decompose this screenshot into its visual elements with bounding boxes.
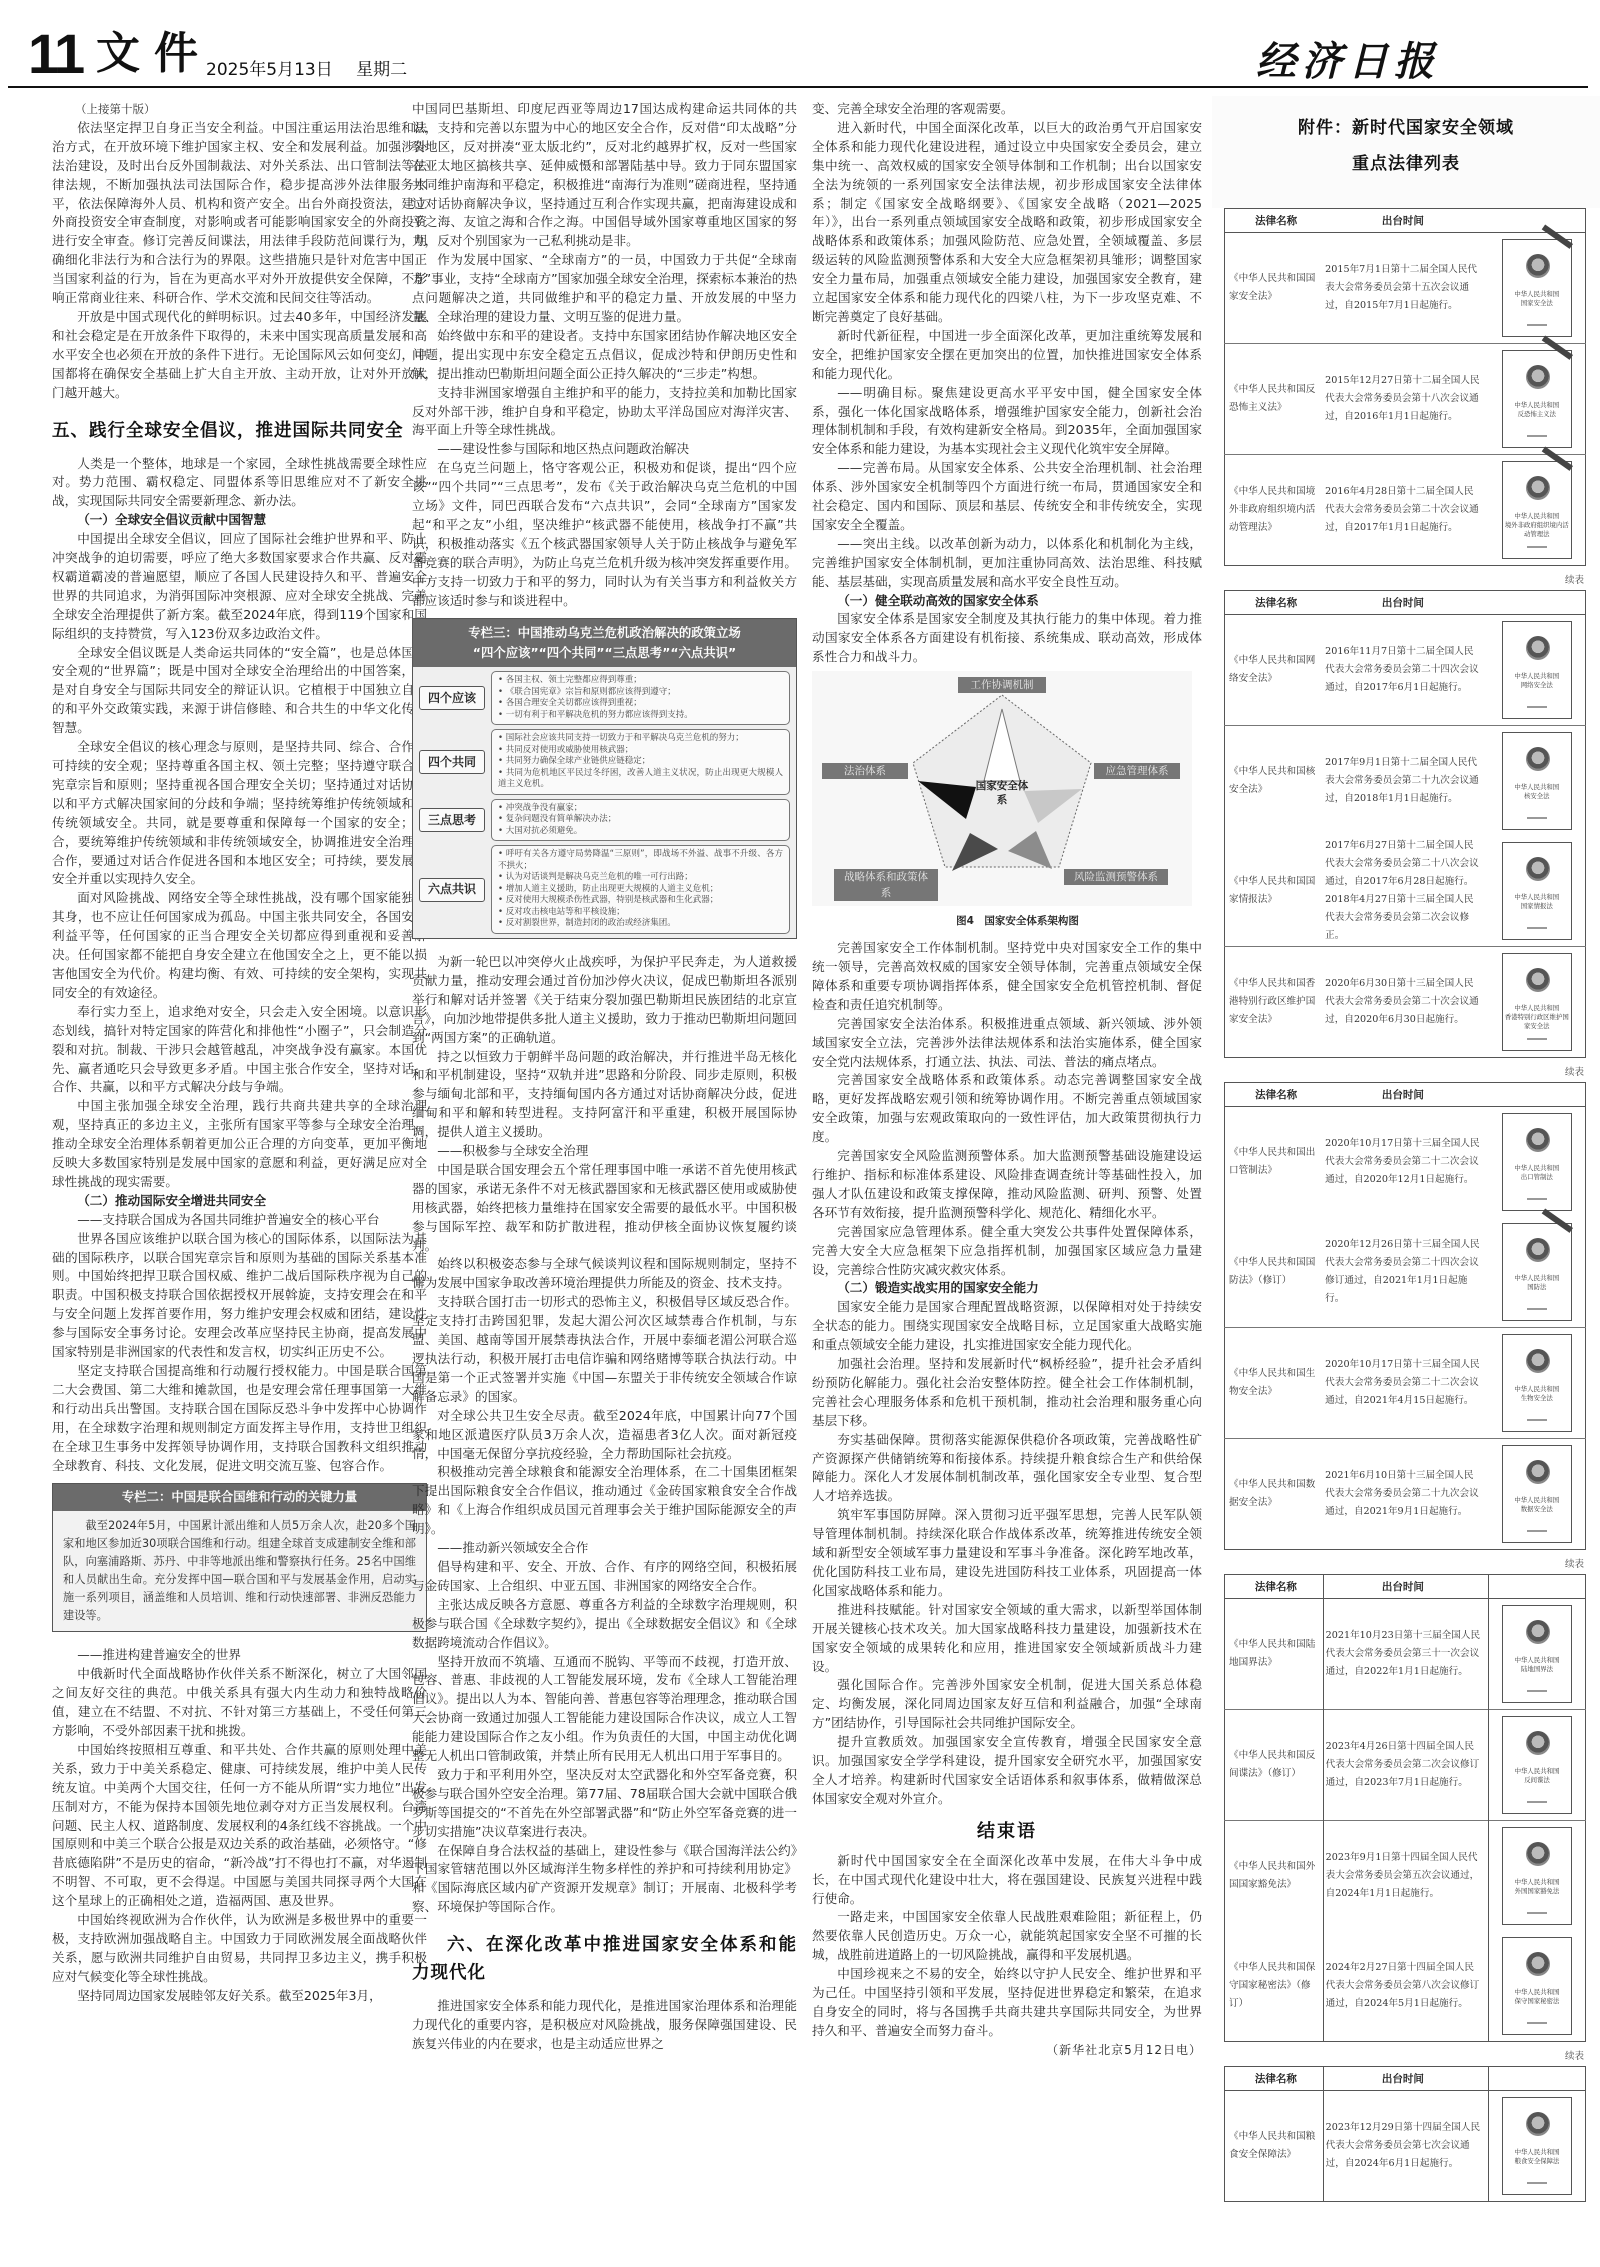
bullet-item: • 呼吁有关各方遵守局势降温“三原则”，即战场不外溢、战事不升级、各方不拱火； [498, 849, 783, 872]
national-emblem-icon [1526, 1460, 1550, 1484]
header-issue-date: 出台时间 [1323, 591, 1488, 615]
appendix-title-line-2: 重点法律列表 [1212, 146, 1600, 182]
publisher-mark [1527, 546, 1547, 548]
paragraph: 中国提出全球安全倡议，回应了国际社会维护世界和平、防止冲突战争的迫切需要，呼应了… [52, 530, 427, 643]
national-emblem-icon [1526, 747, 1550, 771]
table-row: 《中华人民共和国核安全法》2017年9月1日第十二届全国人民代表大会常务委员会第… [1225, 726, 1586, 837]
publisher-mark [1527, 435, 1547, 437]
paragraph: 世界各国应该维护以联合国为核心的国际体系，以国际法为基础的国际秩序，以联合国宪章… [52, 1230, 427, 1362]
subsection-heading: （一）健全联动高效的国家安全体系 [812, 592, 1202, 611]
law-name: 《中华人民共和国核安全法》 [1225, 726, 1324, 837]
table-header-row: 法律名称出台时间 [1225, 2067, 1586, 2091]
position-items: • 各国主权、领土完整都应得到尊重； • 《联合国宪章》宗旨和原则都应该得到遵守… [491, 671, 790, 725]
figure-caption: 图4 国家安全体系架构图 [812, 912, 1202, 931]
subsection-heading: （二）锻造实战实用的国家安全能力 [812, 1279, 1202, 1298]
book-cover-image: 中华人民共和国 网络安全法 [1502, 621, 1572, 719]
paragraph: 坚持开放而不筑墙、互通而不脱钩、平等而不歧视，打造开放、包容、普惠、非歧视的人工… [412, 1653, 797, 1766]
law-cover-cell: 中华人民共和国 反间谍法 [1489, 1710, 1586, 1821]
paragraph: 中国始终按照相互尊重、和平共处、合作共赢的原则处理中美关系，致力于中美关系稳定、… [52, 1741, 427, 1911]
node-rule-of-law-system: 法治体系 [822, 763, 908, 779]
appendix-title: 附件：新时代国家安全领域 重点法律列表 [1212, 96, 1600, 208]
paragraph: 为新一轮巴以冲突停火止战疾呼，为保护平民奔走，为人道救援贡献力量，推动安理会通过… [412, 953, 797, 1048]
law-name: 《中华人民共和国反恐怖主义法》 [1225, 344, 1324, 455]
law-name: 《中华人民共和国香港特别行政区维护国家安全法》 [1225, 947, 1324, 1058]
paragraph: ——完善布局。从国家安全体系、公共安全治理机制、社会治理体系、涉外国家安全机制等… [812, 459, 1202, 535]
law-adoption-info: 2020年12月26日第十三届全国人民代表大会常务委员会第二十四次会议修订通过，… [1323, 1217, 1488, 1328]
paragraph: 完善国家安全法治体系。积极推进重点领域、新兴领域、涉外领域国家安全立法，完善涉外… [812, 1015, 1202, 1072]
bullet-item: • 共同努力确保全球产业链供应链稳定； [498, 756, 783, 768]
table-row: 《中华人民共和国数据安全法》2021年6月10日第十三届全国人民代表大会常务委员… [1225, 1439, 1586, 1550]
sidebar-box-2: 专栏二：中国是联合国维和行动的关键力量 截至2024年5月，中国累计派出维和人员… [52, 1483, 427, 1632]
law-cover-cell: 中华人民共和国 国家情报法 [1489, 836, 1586, 947]
paragraph: 中国同巴基斯坦、印度尼西亚等周边17国达成构建命运共同体的共识，支持和完善以东盟… [412, 100, 797, 251]
book-cover-title: 中华人民共和国 境外非政府组织境内活动管理法 [1505, 512, 1569, 539]
book-cover-image: 中华人民共和国 外国国家豁免法 [1502, 1827, 1572, 1925]
paragraph: ——明确目标。聚焦建设更高水平平安中国，健全国家安全体系，强化一体化国家战略体系… [812, 384, 1202, 460]
national-emblem-icon [1526, 1731, 1550, 1755]
law-cover-cell: 中华人民共和国 保守国家秘密法 [1489, 1931, 1586, 2042]
national-emblem-icon [1526, 365, 1550, 389]
table-row: 《中华人民共和国反间谍法》（修订）2023年4月26日第十四届全国人民代表大会常… [1225, 1710, 1586, 1821]
law-name: 《中华人民共和国网络安全法》 [1225, 615, 1324, 726]
paragraph: 完善国家安全战略体系和政策体系。动态完善调整国家安全战略，更好发挥战略宏观引领和… [812, 1071, 1202, 1147]
law-cover-cell: 中华人民共和国 国防法 [1489, 1217, 1586, 1328]
law-adoption-info: 2016年4月28日第十二届全国人民代表大会常务委员会第二十次会议通过，自201… [1323, 455, 1488, 566]
node-emergency-management-system: 应急管理体系 [1094, 763, 1180, 779]
paragraph: 开放是中国式现代化的鲜明标识。过去40多年，中国经济发展和社会稳定是在开放条件下… [52, 308, 427, 403]
book-cover-image: 中华人民共和国 国家安全法 [1502, 239, 1572, 337]
paragraph: 面对风险挑战、网络安全等全球性挑战，没有哪个国家能独善其身，也不应让任何国家成为… [52, 889, 427, 1002]
sidebar-box-3: 专栏三：中国推动乌克兰危机政治解决的政策立场 “四个应该”“四个共同”“三点思考… [412, 618, 797, 939]
paragraph: 主张达成反映各方意愿、尊重各方利益的全球数字治理规则，积极参与联合国《全球数字契… [412, 1596, 797, 1653]
book-cover-title: 中华人民共和国 国家安全法 [1505, 290, 1569, 308]
book-cover-title: 中华人民共和国 保守国家秘密法 [1505, 1988, 1569, 2006]
paragraph: 变、完善全球安全治理的客观需要。 [812, 100, 1202, 119]
book-cover-image: 中华人民共和国 国家情报法 [1502, 842, 1572, 940]
law-name: 《中华人民共和国数据安全法》 [1225, 1439, 1324, 1550]
law-name: 《中华人民共和国出口管制法》 [1225, 1107, 1324, 1218]
table-header-row: 法律名称出台时间 [1225, 1083, 1586, 1107]
book-cover-title: 中华人民共和国 核安全法 [1505, 783, 1569, 801]
law-table: 法律名称出台时间《中华人民共和国网络安全法》2016年11月7日第十二届全国人民… [1224, 590, 1586, 1058]
national-emblem-icon [1526, 2112, 1550, 2136]
paragraph: 提升宣教质效。加强国家安全宣传教育，增强全民国家安全意识。加强国家安全学学科建设… [812, 1733, 1202, 1809]
header-issue-date: 出台时间 [1323, 1083, 1488, 1107]
book-cover-image: 中华人民共和国 数据安全法 [1502, 1445, 1572, 1543]
position-row-four-shoulds: 四个应该 • 各国主权、领土完整都应得到尊重； • 《联合国宪章》宗旨和原则都应… [419, 671, 790, 725]
national-emblem-icon [1526, 476, 1550, 500]
law-cover-cell: 中华人民共和国 生物安全法 [1489, 1328, 1586, 1439]
paragraph: 在保障自身合法权益的基础上，建设性参与《联合国海洋法公约》下国家管辖范围以外区域… [412, 1842, 797, 1918]
header-cover-image [1489, 1083, 1586, 1107]
publisher-mark [1527, 1198, 1547, 1200]
paragraph: 加强社会治理。坚持和发展新时代“枫桥经验”，提升社会矛盾纠纷预防化解能力。强化社… [812, 1355, 1202, 1431]
publisher-mark [1527, 1690, 1547, 1692]
weekday: 星期二 [356, 60, 407, 80]
law-name: 《中华人民共和国外国国家豁免法》 [1225, 1821, 1324, 1932]
publisher-mark [1527, 1038, 1547, 1040]
paragraph: 始终以积极姿态参与全球气候谈判议程和国际规则制定，坚持不懈为发展中国家争取改善环… [412, 1255, 797, 1293]
paragraph: 国家安全体系是国家安全制度及其执行能力的集中体现。着力推动国家安全体系各方面建设… [812, 610, 1202, 667]
header-issue-date: 出台时间 [1323, 2067, 1488, 2091]
law-cover-cell: 中华人民共和国 外国国家豁免法 [1489, 1821, 1586, 1932]
header-issue-date: 出台时间 [1323, 1575, 1488, 1599]
law-adoption-info: 2020年10月17日第十三届全国人民代表大会常务委员会第二十二次会议通过，自2… [1323, 1107, 1488, 1218]
book-cover-image: 中华人民共和国 生物安全法 [1502, 1334, 1572, 1432]
appendix-title-line-1: 附件：新时代国家安全领域 [1212, 110, 1600, 146]
paragraph: 中国是联合国安理会五个常任理事国中唯一承诺不首先使用核武器的国家，承诺无条件不对… [412, 1161, 797, 1256]
law-cover-cell: 中华人民共和国 境外非政府组织境内活动管理法 [1489, 455, 1586, 566]
bullet-item: • 共同为危机地区平民过冬纾困，改善人道主义状况，防止出现更大规模人道主义危机。 [498, 768, 783, 791]
publisher-mark [1527, 706, 1547, 708]
law-cover-cell: 中华人民共和国 国家安全法 [1489, 233, 1586, 344]
date: 2025年5月13日 [206, 60, 333, 80]
paragraph: 依法坚定捍卫自身正当安全利益。中国注重运用法治思维和法治方式，在开放环境下维护国… [52, 119, 427, 308]
dash-heading: ——建设性参与国际和地区热点问题政治解决 [412, 440, 797, 459]
law-cover-cell: 中华人民共和国 核安全法 [1489, 726, 1586, 837]
paragraph: 进入新时代，中国全面深化改革，以巨大的政治勇气开启国家安全体系和能力现代化建设进… [812, 119, 1202, 327]
national-emblem-icon [1526, 1128, 1550, 1152]
issue-date: 2025年5月13日 星期二 [206, 55, 425, 80]
dash-heading: ——支持联合国成为各国共同维护普遍安全的核心平台 [52, 1211, 427, 1230]
position-label: 四个应该 [419, 686, 485, 710]
table-row: 《中华人民共和国粮食安全保障法》2023年12月29日第十四届全国人民代表大会常… [1225, 2091, 1586, 2202]
book-cover-title: 中华人民共和国 国家情报法 [1505, 893, 1569, 911]
law-cover-cell: 中华人民共和国 网络安全法 [1489, 615, 1586, 726]
table-header-row: 法律名称出台时间 [1225, 209, 1586, 233]
column-1: （上接第十版） 依法坚定捍卫自身正当安全利益。中国注重运用法治思维和法治方式，在… [52, 100, 427, 2006]
bullet-item: • 认为对话谈判是解决乌克兰危机的唯一可行出路； [498, 872, 783, 884]
header-law-name: 法律名称 [1225, 1575, 1324, 1599]
header-law-name: 法律名称 [1225, 2067, 1324, 2091]
table-row: 《中华人民共和国外国国家豁免法》2023年9月1日第十四届全国人民代表大会常务委… [1225, 1821, 1586, 1932]
paragraph: 中俄新时代全面战略协作伙伴关系不断深化，树立了大国邻国之间友好交往的典范。中俄关… [52, 1665, 427, 1741]
national-emblem-icon [1526, 1842, 1550, 1866]
publisher-mark [1527, 1419, 1547, 1421]
paragraph: 全球安全倡议的核心理念与原则，是坚持共同、综合、合作、可持续的安全观；坚持尊重各… [52, 738, 427, 889]
header-cover-image [1489, 591, 1586, 615]
law-cover-cell: 中华人民共和国 数据安全法 [1489, 1439, 1586, 1550]
paragraph: 积极推动完善全球粮食和能源安全治理体系，在二十国集团框架下提出国际粮食安全合作倡… [412, 1463, 797, 1539]
bullet-item: • 反对割裂世界，制造封闭的政治或经济集团。 [498, 918, 783, 930]
masthead: 11 文件 2025年5月13日 星期二 经济日报 [0, 0, 1600, 88]
law-adoption-info: 2021年6月10日第十三届全国人民代表大会常务委员会第二十九次会议通过，自20… [1323, 1439, 1488, 1550]
paragraph: 对全球公共卫生安全尽责。截至2024年底，中国累计向77个国家和地区派遣医疗队员… [412, 1407, 797, 1464]
continued-table-label: 续表 [1212, 1058, 1600, 1082]
paragraph: 支持联合国打击一切形式的恐怖主义，积极倡导区域反恐合作。坚定支持打击跨国犯罪，发… [412, 1293, 797, 1406]
subsection-heading: （一）全球安全倡议贡献中国智慧 [52, 511, 427, 530]
publisher-mark [1527, 1308, 1547, 1310]
law-name: 《中华人民共和国粮食安全保障法》 [1225, 2091, 1324, 2202]
subsection-heading: （二）推动国际安全增进共同安全 [52, 1192, 427, 1211]
paragraph: 中国主张加强全球安全治理，践行共商共建共享的全球治理观，坚持真正的多边主义，主张… [52, 1097, 427, 1192]
book-cover-title: 中华人民共和国 生物安全法 [1505, 1385, 1569, 1403]
position-items: • 呼吁有关各方遵守局势降温“三原则”，即战场不外溢、战事不升级、各方不拱火； … [491, 845, 790, 934]
law-adoption-info: 2023年12月29日第十四届全国人民代表大会常务委员会第七次会议通过，自202… [1323, 2091, 1488, 2202]
law-table: 法律名称出台时间《中华人民共和国出口管制法》2020年10月17日第十三届全国人… [1224, 1082, 1586, 1550]
law-adoption-info: 2016年11月7日第十二届全国人民代表大会常务委员会第二十四次会议通过，自20… [1323, 615, 1488, 726]
national-emblem-icon [1526, 636, 1550, 660]
paragraph: 在乌克兰问题上，恪守客观公正，积极劝和促谈，提出“四个应该”“四个共同”“三点思… [412, 459, 797, 610]
sidebar-box-body: 截至2024年5月，中国累计派出维和人员5万余人次，赴20多个国家和地区参加近3… [53, 1511, 426, 1631]
position-label: 三点思考 [419, 808, 485, 832]
paragraph: 全球安全倡议既是人类命运共同体的“安全篇”，也是总体国家安全观的“世界篇”；既是… [52, 644, 427, 739]
book-cover-image: 中华人民共和国 出口管制法 [1502, 1113, 1572, 1211]
bullet-item: • 各国主权、领土完整都应得到尊重； [498, 675, 783, 687]
table-row: 《中华人民共和国国家情报法》2017年6月27日第十二届全国人民代表大会常务委员… [1225, 836, 1586, 947]
paragraph: 中国始终视欧洲为合作伙伴，认为欧洲是多极世界中的重要一极，支持欧洲加强战略自主。… [52, 1911, 427, 1987]
paragraph: 推进国家安全体系和能力现代化，是推进国家治理体系和治理能力现代化的重要内容，是积… [412, 1997, 797, 2054]
sidebar-box-title: 专栏三：中国推动乌克兰危机政治解决的政策立场 “四个应该”“四个共同”“三点思考… [413, 619, 796, 667]
law-adoption-info: 2015年7月1日第十二届全国人民代表大会常务委员会第十五次会议通过，自2015… [1323, 233, 1488, 344]
table-row: 《中华人民共和国出口管制法》2020年10月17日第十三届全国人民代表大会常务委… [1225, 1107, 1586, 1218]
law-adoption-info: 2021年10月23日第十三届全国人民代表大会常务委员会第三十一次会议通过，自2… [1323, 1599, 1488, 1710]
paragraph: 始终做中东和平的建设者。支持中东国家团结协作解决地区安全问题，提出实现中东安全稳… [412, 327, 797, 384]
paragraph: 坚定支持联合国提高维和行动履行授权能力。中国是联合国第二大会费国、第二大维和摊款… [52, 1362, 427, 1475]
law-cover-cell: 中华人民共和国 出口管制法 [1489, 1107, 1586, 1218]
page-number: 11 [28, 26, 83, 82]
dash-heading: ——推动新兴领域安全合作 [412, 1539, 797, 1558]
law-cover-cell: 中华人民共和国 陆地国界法 [1489, 1599, 1586, 1710]
paragraph: 一路走来，中国国家安全依靠人民战胜艰难险阻；新征程上，仍然要依靠人民创造历史。万… [812, 1908, 1202, 1965]
law-table: 法律名称出台时间《中华人民共和国陆地国界法》2021年10月23日第十三届全国人… [1224, 1574, 1586, 2042]
book-cover-title: 中华人民共和国 反恐怖主义法 [1505, 401, 1569, 419]
book-cover-image: 中华人民共和国 粮食安全保障法 [1502, 2097, 1572, 2195]
table-row: 《中华人民共和国生物安全法》2020年10月17日第十三届全国人民代表大会常务委… [1225, 1328, 1586, 1439]
paragraph: 倡导构建和平、安全、开放、合作、有序的网络空间，积极拓展与金砖国家、上合组织、中… [412, 1558, 797, 1596]
book-cover-title: 中华人民共和国 粮食安全保障法 [1505, 2148, 1569, 2166]
national-emblem-icon [1526, 1952, 1550, 1976]
section-heading: 五、践行全球安全倡议，推进国际共同安全 [52, 417, 427, 445]
publisher-mark [1527, 324, 1547, 326]
book-cover-title: 中华人民共和国 外国国家豁免法 [1505, 1878, 1569, 1896]
law-adoption-info: 2020年6月30日第十三届全国人民代表大会常务委员会第二十次会议通过，自202… [1323, 947, 1488, 1058]
bullet-item: • 复杂问题没有简单解决办法； [498, 814, 783, 826]
dash-heading: ——推进构建普遍安全的世界 [52, 1646, 427, 1665]
law-cover-cell: 中华人民共和国 反恐怖主义法 [1489, 344, 1586, 455]
bullet-item: • 反对使用大规模杀伤性武器，特别是核武器和生化武器； [498, 895, 783, 907]
national-emblem-icon [1526, 254, 1550, 278]
paragraph: 中国珍视来之不易的安全，始终以守护人民安全、维护世界和平为己任。中国坚持引领和平… [812, 1965, 1202, 2041]
table-row: 《中华人民共和国反恐怖主义法》2015年12月27日第十二届全国人民代表大会常务… [1225, 344, 1586, 455]
law-table: 法律名称出台时间《中华人民共和国国家安全法》2015年7月1日第十二届全国人民代… [1224, 208, 1586, 566]
paragraph: 筑牢军事国防屏障。深入贯彻习近平强军思想，完善人民军队领导管理体制机制。持续深化… [812, 1506, 1202, 1601]
masthead-rule [8, 86, 1588, 88]
publisher-mark [1527, 2022, 1547, 2024]
publisher-mark [1527, 1801, 1547, 1803]
publisher-mark [1527, 927, 1547, 929]
position-label: 六点共识 [419, 878, 485, 902]
law-name: 《中华人民共和国反间谍法》（修订） [1225, 1710, 1324, 1821]
book-cover-title: 中华人民共和国 香港特别行政区维护国家安全法 [1505, 1004, 1569, 1031]
position-row-six-consensus: 六点共识 • 呼吁有关各方遵守局势降温“三原则”，即战场不外溢、战事不升级、各方… [419, 845, 790, 934]
continued-table-label: 续表 [1212, 566, 1600, 590]
position-label: 四个共同 [419, 750, 485, 774]
publisher-mark [1527, 2182, 1547, 2184]
bullet-item: • 一切有利于和平解决危机的努力都应该得到支持。 [498, 710, 783, 722]
title-line-1: 专栏三：中国推动乌克兰危机政治解决的政策立场 [413, 623, 796, 643]
book-cover-title: 中华人民共和国 国防法 [1505, 1274, 1569, 1292]
bullet-item: • 各国合理安全关切都应该得到重视； [498, 698, 783, 710]
bullet-item: • 《联合国宪章》宗旨和原则都应该得到遵守； [498, 687, 783, 699]
publisher-mark [1527, 1912, 1547, 1914]
law-adoption-info: 2015年12月27日第十二届全国人民代表大会常务委员会第十八次会议通过，自20… [1323, 344, 1488, 455]
header-cover-image [1489, 1575, 1586, 1599]
national-emblem-icon [1526, 1238, 1550, 1262]
law-name: 《中华人民共和国国家安全法》 [1225, 233, 1324, 344]
paragraph: 完善国家应急管理体系。健全重大突发公共事件处置保障体系，完善大安全大应急框架下应… [812, 1223, 1202, 1280]
paragraph: 作为发展中国家、“全球南方”的一员，中国致力于共促“全球南方”事业，支持“全球南… [412, 251, 797, 327]
table-row: 《中华人民共和国境外非政府组织境内活动管理法》2016年4月28日第十二届全国人… [1225, 455, 1586, 566]
national-emblem-icon [1526, 1349, 1550, 1373]
law-cover-cell: 中华人民共和国 粮食安全保障法 [1489, 2091, 1586, 2202]
node-strategy-policy-system: 战略体系和政策体系 [834, 869, 938, 901]
law-adoption-info: 2023年4月26日第十四届全国人民代表大会常务委员会第二次会议修订通过，自20… [1323, 1710, 1488, 1821]
table-row: 《中华人民共和国国家安全法》2015年7月1日第十二届全国人民代表大会常务委员会… [1225, 233, 1586, 344]
continued-table-label: 续表 [1212, 1550, 1600, 1574]
book-cover-title: 中华人民共和国 反间谍法 [1505, 1767, 1569, 1785]
paragraph: 坚持同周边国家发展睦邻友好关系。截至2025年3月， [52, 1987, 427, 2006]
bullet-item: • 反对攻击核电站等和平核设施； [498, 907, 783, 919]
table-row: 《中华人民共和国网络安全法》2016年11月7日第十二届全国人民代表大会常务委员… [1225, 615, 1586, 726]
book-cover-title: 中华人民共和国 出口管制法 [1505, 1164, 1569, 1182]
node-risk-monitoring-system: 风险监测预警体系 [1064, 869, 1168, 885]
news-agency-dateline: （新华社北京5月12日电） [812, 2041, 1202, 2060]
law-adoption-info: 2020年10月17日第十三届全国人民代表大会常务委员会第二十二次会议通过，自2… [1323, 1328, 1488, 1439]
bullet-item: • 共同反对使用或威胁使用核武器； [498, 745, 783, 757]
sidebar-box-title: 专栏二：中国是联合国维和行动的关键力量 [53, 1484, 426, 1511]
book-cover-image: 中华人民共和国 反间谍法 [1502, 1716, 1572, 1814]
law-name: 《中华人民共和国陆地国界法》 [1225, 1599, 1324, 1710]
position-row-three-thoughts: 三点思考 • 冲突战争没有赢家； • 复杂问题没有简单解决办法； • 大国对抗必… [419, 799, 790, 842]
position-items: • 冲突战争没有赢家； • 复杂问题没有简单解决办法； • 大国对抗必须避免。 [491, 799, 790, 842]
book-cover-title: 中华人民共和国 网络安全法 [1505, 672, 1569, 690]
paragraph: 新时代中国国家安全在全面深化改革中发展，在伟大斗争中成长，在中国式现代化建设中壮… [812, 1852, 1202, 1909]
title-line-2: “四个应该”“四个共同”“三点思考”“六点共识” [413, 643, 796, 663]
book-cover-title: 中华人民共和国 数据安全法 [1505, 1496, 1569, 1514]
header-cover-image [1489, 2067, 1586, 2091]
law-cover-cell: 中华人民共和国 香港特别行政区维护国家安全法 [1489, 947, 1586, 1058]
bullet-item: • 冲突战争没有赢家； [498, 803, 783, 815]
column-3: 变、完善全球安全治理的客观需要。 进入新时代，中国全面深化改革，以巨大的政治勇气… [812, 100, 1202, 2060]
table-row: 《中华人民共和国国防法》（修订）2020年12月26日第十三届全国人民代表大会常… [1225, 1217, 1586, 1328]
law-adoption-info: 2024年2月27日第十四届全国人民代表大会常务委员会第八次会议修订通过，自20… [1323, 1931, 1488, 2042]
law-adoption-info: 2017年9月1日第十二届全国人民代表大会常务委员会第二十九次会议通过，自201… [1323, 726, 1488, 837]
book-cover-image: 中华人民共和国 国防法 [1502, 1223, 1572, 1321]
paragraph: 支持非洲国家增强自主维护和平的能力，支持拉美和加勒比国家反对外部干涉，维护自身和… [412, 384, 797, 441]
paragraph: 人类是一个整体，地球是一个家园，全球性挑战需要全球性应对。势力范围、霸权稳定、同… [52, 455, 427, 512]
law-adoption-info: 2023年9月1日第十四届全国人民代表大会常务委员会第五次会议通过，自2024年… [1323, 1821, 1488, 1932]
law-name: 《中华人民共和国国家情报法》 [1225, 836, 1324, 947]
paragraph: 国家安全能力是国家合理配置战略资源，以保障相对处于持续安全状态的能力。围绕实现国… [812, 1298, 1202, 1355]
continued-from-label: （上接第十版） [52, 100, 427, 119]
publisher-mark [1527, 1530, 1547, 1532]
book-cover-image: 中华人民共和国 核安全法 [1502, 732, 1572, 830]
paragraph: 推进科技赋能。针对国家安全领域的重大需求，以新型举国体制开展关键核心技术攻关。加… [812, 1601, 1202, 1677]
figure-national-security-system-diagram: 工作协调机制 法治体系 应急管理体系 战略体系和政策体系 风险监测预警体系 国家… [812, 671, 1192, 906]
paragraph: 奉行实力至上，追求绝对安全，只会走入安全困境。以意识形态划线，搞针对特定国家的阵… [52, 1003, 427, 1098]
section-name: 文件 [96, 28, 212, 80]
paragraph: 完善国家安全风险监测预警体系。加大监测预警基础设施建设运行维护、指标和标准体系建… [812, 1147, 1202, 1223]
book-cover-image: 中华人民共和国 境外非政府组织境内活动管理法 [1502, 461, 1572, 559]
paragraph: 强化国际合作。完善涉外国家安全机制，促进大国关系总体稳定、均衡发展，深化同周边国… [812, 1676, 1202, 1733]
national-emblem-icon [1526, 1620, 1550, 1644]
law-tables-container: 法律名称出台时间《中华人民共和国国家安全法》2015年7月1日第十二届全国人民代… [1212, 208, 1600, 2202]
paragraph: 致力于和平利用外空，坚决反对太空武器化和外空军备竞赛，积极参与联合国外空安全治理… [412, 1766, 797, 1842]
header-law-name: 法律名称 [1225, 1083, 1324, 1107]
newspaper-logo: 经济日报 [1256, 30, 1440, 87]
paragraph: 新时代新征程，中国进一步全面深化改革，更加注重统筹发展和安全，把维护国家安全摆在… [812, 327, 1202, 384]
section-heading: 六、在深化改革中推进国家安全体系和能力现代化 [412, 1931, 797, 1987]
bullet-item: • 增加人道主义援助，防止出现更大规模的人道主义危机； [498, 884, 783, 896]
book-cover-image: 中华人民共和国 香港特别行政区维护国家安全法 [1502, 953, 1572, 1051]
law-name: 《中华人民共和国生物安全法》 [1225, 1328, 1324, 1439]
book-cover-title: 中华人民共和国 陆地国界法 [1505, 1656, 1569, 1674]
dash-heading: ——积极参与全球安全治理 [412, 1142, 797, 1161]
paragraph: ——突出主线。以改革创新为动力，以体系化和机制化为主线，完善维护国家安全体制机制… [812, 535, 1202, 592]
header-cover-image [1489, 209, 1586, 233]
header-issue-date: 出台时间 [1323, 209, 1488, 233]
law-name: 《中华人民共和国保守国家秘密法》（修订） [1225, 1931, 1324, 2042]
node-coordination-mechanism: 工作协调机制 [958, 677, 1046, 693]
paragraph: 完善国家安全工作体制机制。坚持党中央对国家安全工作的集中统一领导，完善高效权威的… [812, 939, 1202, 1015]
bullet-item: • 国际社会应该共同支持一切致力于和平解决乌克兰危机的努力； [498, 733, 783, 745]
law-name: 《中华人民共和国国防法》（修订） [1225, 1217, 1324, 1328]
law-name: 《中华人民共和国境外非政府组织境内活动管理法》 [1225, 455, 1324, 566]
table-row: 《中华人民共和国陆地国界法》2021年10月23日第十三届全国人民代表大会常务委… [1225, 1599, 1586, 1710]
national-emblem-icon [1526, 968, 1550, 992]
national-emblem-icon [1526, 857, 1550, 881]
bullet-item: • 大国对抗必须避免。 [498, 826, 783, 838]
publisher-mark [1527, 817, 1547, 819]
header-law-name: 法律名称 [1225, 209, 1324, 233]
book-cover-image: 中华人民共和国 保守国家秘密法 [1502, 1937, 1572, 2035]
header-law-name: 法律名称 [1225, 591, 1324, 615]
column-2: 中国同巴基斯坦、印度尼西亚等周边17国达成构建命运共同体的共识，支持和完善以东盟… [412, 100, 797, 2054]
paragraph: 持之以恒致力于朝鲜半岛问题的政治解决，并行推进半岛无核化和和平机制建设，坚持“双… [412, 1048, 797, 1143]
continued-table-label: 续表 [1212, 2042, 1600, 2066]
position-items: • 国际社会应该共同支持一切致力于和平解决乌克兰危机的努力； • 共同反对使用或… [491, 729, 790, 795]
table-header-row: 法律名称出台时间 [1225, 591, 1586, 615]
paragraph: 夯实基础保障。贯彻落实能源保供稳价各项政策，完善战略性矿产资源探产供储销统筹和衔… [812, 1431, 1202, 1507]
table-header-row: 法律名称出台时间 [1225, 1575, 1586, 1599]
law-adoption-info: 2017年6月27日第十二届全国人民代表大会常务委员会第二十八次会议通过，自20… [1323, 836, 1488, 947]
book-cover-image: 中华人民共和国 反恐怖主义法 [1502, 350, 1572, 448]
position-row-four-commons: 四个共同 • 国际社会应该共同支持一切致力于和平解决乌克兰危机的努力； • 共同… [419, 729, 790, 795]
diagram-center-label: 国家安全体系 [972, 779, 1032, 807]
book-cover-image: 中华人民共和国 陆地国界法 [1502, 1605, 1572, 1703]
table-row: 《中华人民共和国香港特别行政区维护国家安全法》2020年6月30日第十三届全国人… [1225, 947, 1586, 1058]
appendix-law-list: 附件：新时代国家安全领域 重点法律列表 法律名称出台时间《中华人民共和国国家安全… [1212, 96, 1600, 2202]
law-table: 法律名称出台时间《中华人民共和国粮食安全保障法》2023年12月29日第十四届全… [1224, 2066, 1586, 2202]
conclusion-heading: 结束语 [812, 1823, 1202, 1842]
table-row: 《中华人民共和国保守国家秘密法》（修订）2024年2月27日第十四届全国人民代表… [1225, 1931, 1586, 2042]
